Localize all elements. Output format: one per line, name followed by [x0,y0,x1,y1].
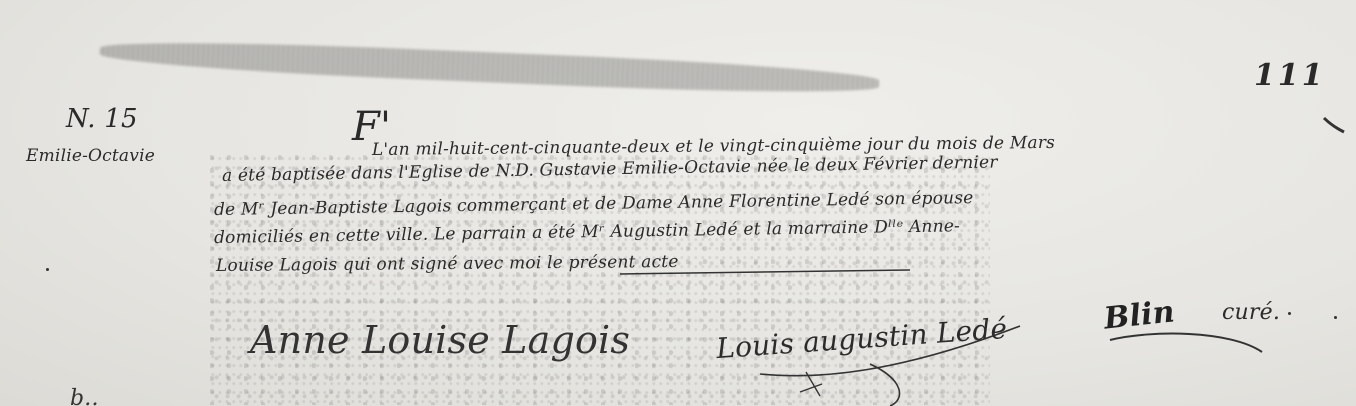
ink-dot [1288,312,1291,315]
folio-number: 111 [1254,58,1326,93]
margin-name: Emilie-Octavie [26,146,155,166]
signature-godmother: Anne Louise Lagois [250,318,630,362]
scanned-register-page: 111 N. 15 Emilie-Octavie F' L'an mil-hui… [0,0,1356,406]
priest-title: curé. [1222,300,1280,325]
entry-number: N. 15 [66,104,138,134]
ink-dot [46,268,49,271]
ink-dot [1334,316,1337,319]
next-entry-fragment: b.. [70,386,99,406]
body-line: Louise Lagois qui ont signé avec moi le … [216,252,679,276]
signature-priest: Blin [1102,294,1176,336]
ink-bleed-smudge [99,36,880,99]
